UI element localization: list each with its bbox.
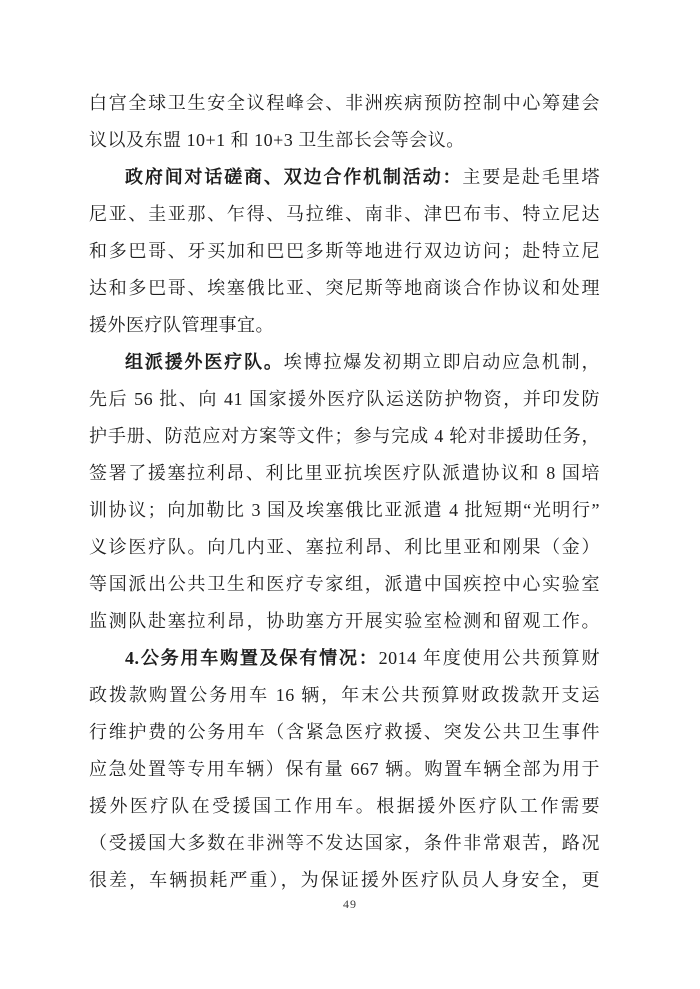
text-segment: 尼亚、圭亚那、乍得、马拉维、南非、津巴布韦、特立尼达 — [89, 204, 600, 224]
bold-text-segment: 政府间对话磋商、双边合作机制活动： — [125, 167, 462, 187]
document-page: 白宫全球卫生安全议程峰会、非洲疾病预防控制中心筹建会议以及东盟 10+1 和 1… — [0, 0, 700, 989]
text-line: 政府间对话磋商、双边合作机制活动：主要是赴毛里塔 — [89, 159, 600, 196]
text-line: 政拨款购置公务用车 16 辆，年末公共预算财政拨款开支运 — [89, 677, 600, 714]
text-line: 和多巴哥、牙买加和巴巴多斯等地进行双边访问；赴特立尼 — [89, 233, 600, 270]
text-line: 应急处置等专用车辆）保有量 667 辆。购置车辆全部为用于 — [89, 751, 600, 788]
text-segment: 和多巴哥、牙买加和巴巴多斯等地进行双边访问；赴特立尼 — [89, 241, 600, 261]
text-segment: 护手册、防范应对方案等文件；参与完成 4 轮对非援助任务， — [89, 426, 600, 446]
text-line: 达和多巴哥、埃塞俄比亚、突尼斯等地商谈合作协议和处理 — [89, 270, 600, 307]
text-line: 义诊医疗队。向几内亚、塞拉利昂、利比里亚和刚果（金） — [89, 529, 600, 566]
text-line: 监测队赴塞拉利昂，协助塞方开展实验室检测和留观工作。 — [89, 603, 600, 640]
text-line: 白宫全球卫生安全议程峰会、非洲疾病预防控制中心筹建会 — [89, 85, 600, 122]
text-segment: 埃博拉爆发初期立即启动应急机制， — [284, 352, 600, 372]
text-line: 援外医疗队管理事宜。 — [89, 307, 600, 344]
text-line: 等国派出公共卫生和医疗专家组，派遣中国疾控中心实验室 — [89, 566, 600, 603]
text-line: 组派援外医疗队。埃博拉爆发初期立即启动应急机制， — [89, 344, 600, 381]
text-segment: 白宫全球卫生安全议程峰会、非洲疾病预防控制中心筹建会 — [89, 93, 600, 113]
text-segment: 2014 年度使用公共预算财 — [379, 648, 600, 668]
bold-text-segment: 4.公务用车购置及保有情况： — [125, 648, 379, 668]
text-segment: 主要是赴毛里塔 — [462, 167, 600, 187]
text-segment: 达和多巴哥、埃塞俄比亚、突尼斯等地商谈合作协议和处理 — [89, 278, 600, 298]
page-number: 49 — [0, 897, 700, 912]
text-segment: 先后 56 批、向 41 国家援外医疗队运送防护物资，并印发防 — [89, 389, 600, 409]
text-segment: 训协议；向加勒比 3 国及埃塞俄比亚派遣 4 批短期“光明行” — [89, 500, 600, 520]
bold-text-segment: 组派援外医疗队。 — [125, 352, 284, 372]
text-block: 白宫全球卫生安全议程峰会、非洲疾病预防控制中心筹建会议以及东盟 10+1 和 1… — [89, 85, 600, 899]
text-line: 尼亚、圭亚那、乍得、马拉维、南非、津巴布韦、特立尼达 — [89, 196, 600, 233]
text-line: 议以及东盟 10+1 和 10+3 卫生部长会等会议。 — [89, 122, 600, 159]
text-line: 4.公务用车购置及保有情况：2014 年度使用公共预算财 — [89, 640, 600, 677]
text-line: （受援国大多数在非洲等不发达国家，条件非常艰苦，路况 — [89, 825, 600, 862]
text-segment: 签署了援塞拉利昂、利比里亚抗埃医疗队派遣协议和 8 国培 — [89, 463, 600, 483]
text-segment: 援外医疗队管理事宜。 — [89, 315, 274, 335]
text-line: 护手册、防范应对方案等文件；参与完成 4 轮对非援助任务， — [89, 418, 600, 455]
text-segment: （受援国大多数在非洲等不发达国家，条件非常艰苦，路况 — [89, 833, 600, 853]
text-line: 训协议；向加勒比 3 国及埃塞俄比亚派遣 4 批短期“光明行” — [89, 492, 600, 529]
text-segment: 监测队赴塞拉利昂，协助塞方开展实验室检测和留观工作。 — [89, 611, 600, 631]
text-segment: 等国派出公共卫生和医疗专家组，派遣中国疾控中心实验室 — [89, 574, 600, 594]
text-segment: 很差，车辆损耗严重），为保证援外医疗队员人身安全，更 — [89, 870, 600, 890]
text-segment: 应急处置等专用车辆）保有量 667 辆。购置车辆全部为用于 — [89, 759, 600, 779]
text-segment: 义诊医疗队。向几内亚、塞拉利昂、利比里亚和刚果（金） — [89, 537, 600, 557]
text-line: 援外医疗队在受援国工作用车。根据援外医疗队工作需要 — [89, 788, 600, 825]
text-line: 很差，车辆损耗严重），为保证援外医疗队员人身安全，更 — [89, 862, 600, 899]
text-line: 先后 56 批、向 41 国家援外医疗队运送防护物资，并印发防 — [89, 381, 600, 418]
text-segment: 政拨款购置公务用车 16 辆，年末公共预算财政拨款开支运 — [89, 685, 600, 705]
text-segment: 议以及东盟 10+1 和 10+3 卫生部长会等会议。 — [89, 130, 465, 150]
text-segment: 援外医疗队在受援国工作用车。根据援外医疗队工作需要 — [89, 796, 600, 816]
text-segment: 行维护费的公务用车（含紧急医疗救援、突发公共卫生事件 — [89, 722, 600, 742]
text-line: 行维护费的公务用车（含紧急医疗救援、突发公共卫生事件 — [89, 714, 600, 751]
text-line: 签署了援塞拉利昂、利比里亚抗埃医疗队派遣协议和 8 国培 — [89, 455, 600, 492]
